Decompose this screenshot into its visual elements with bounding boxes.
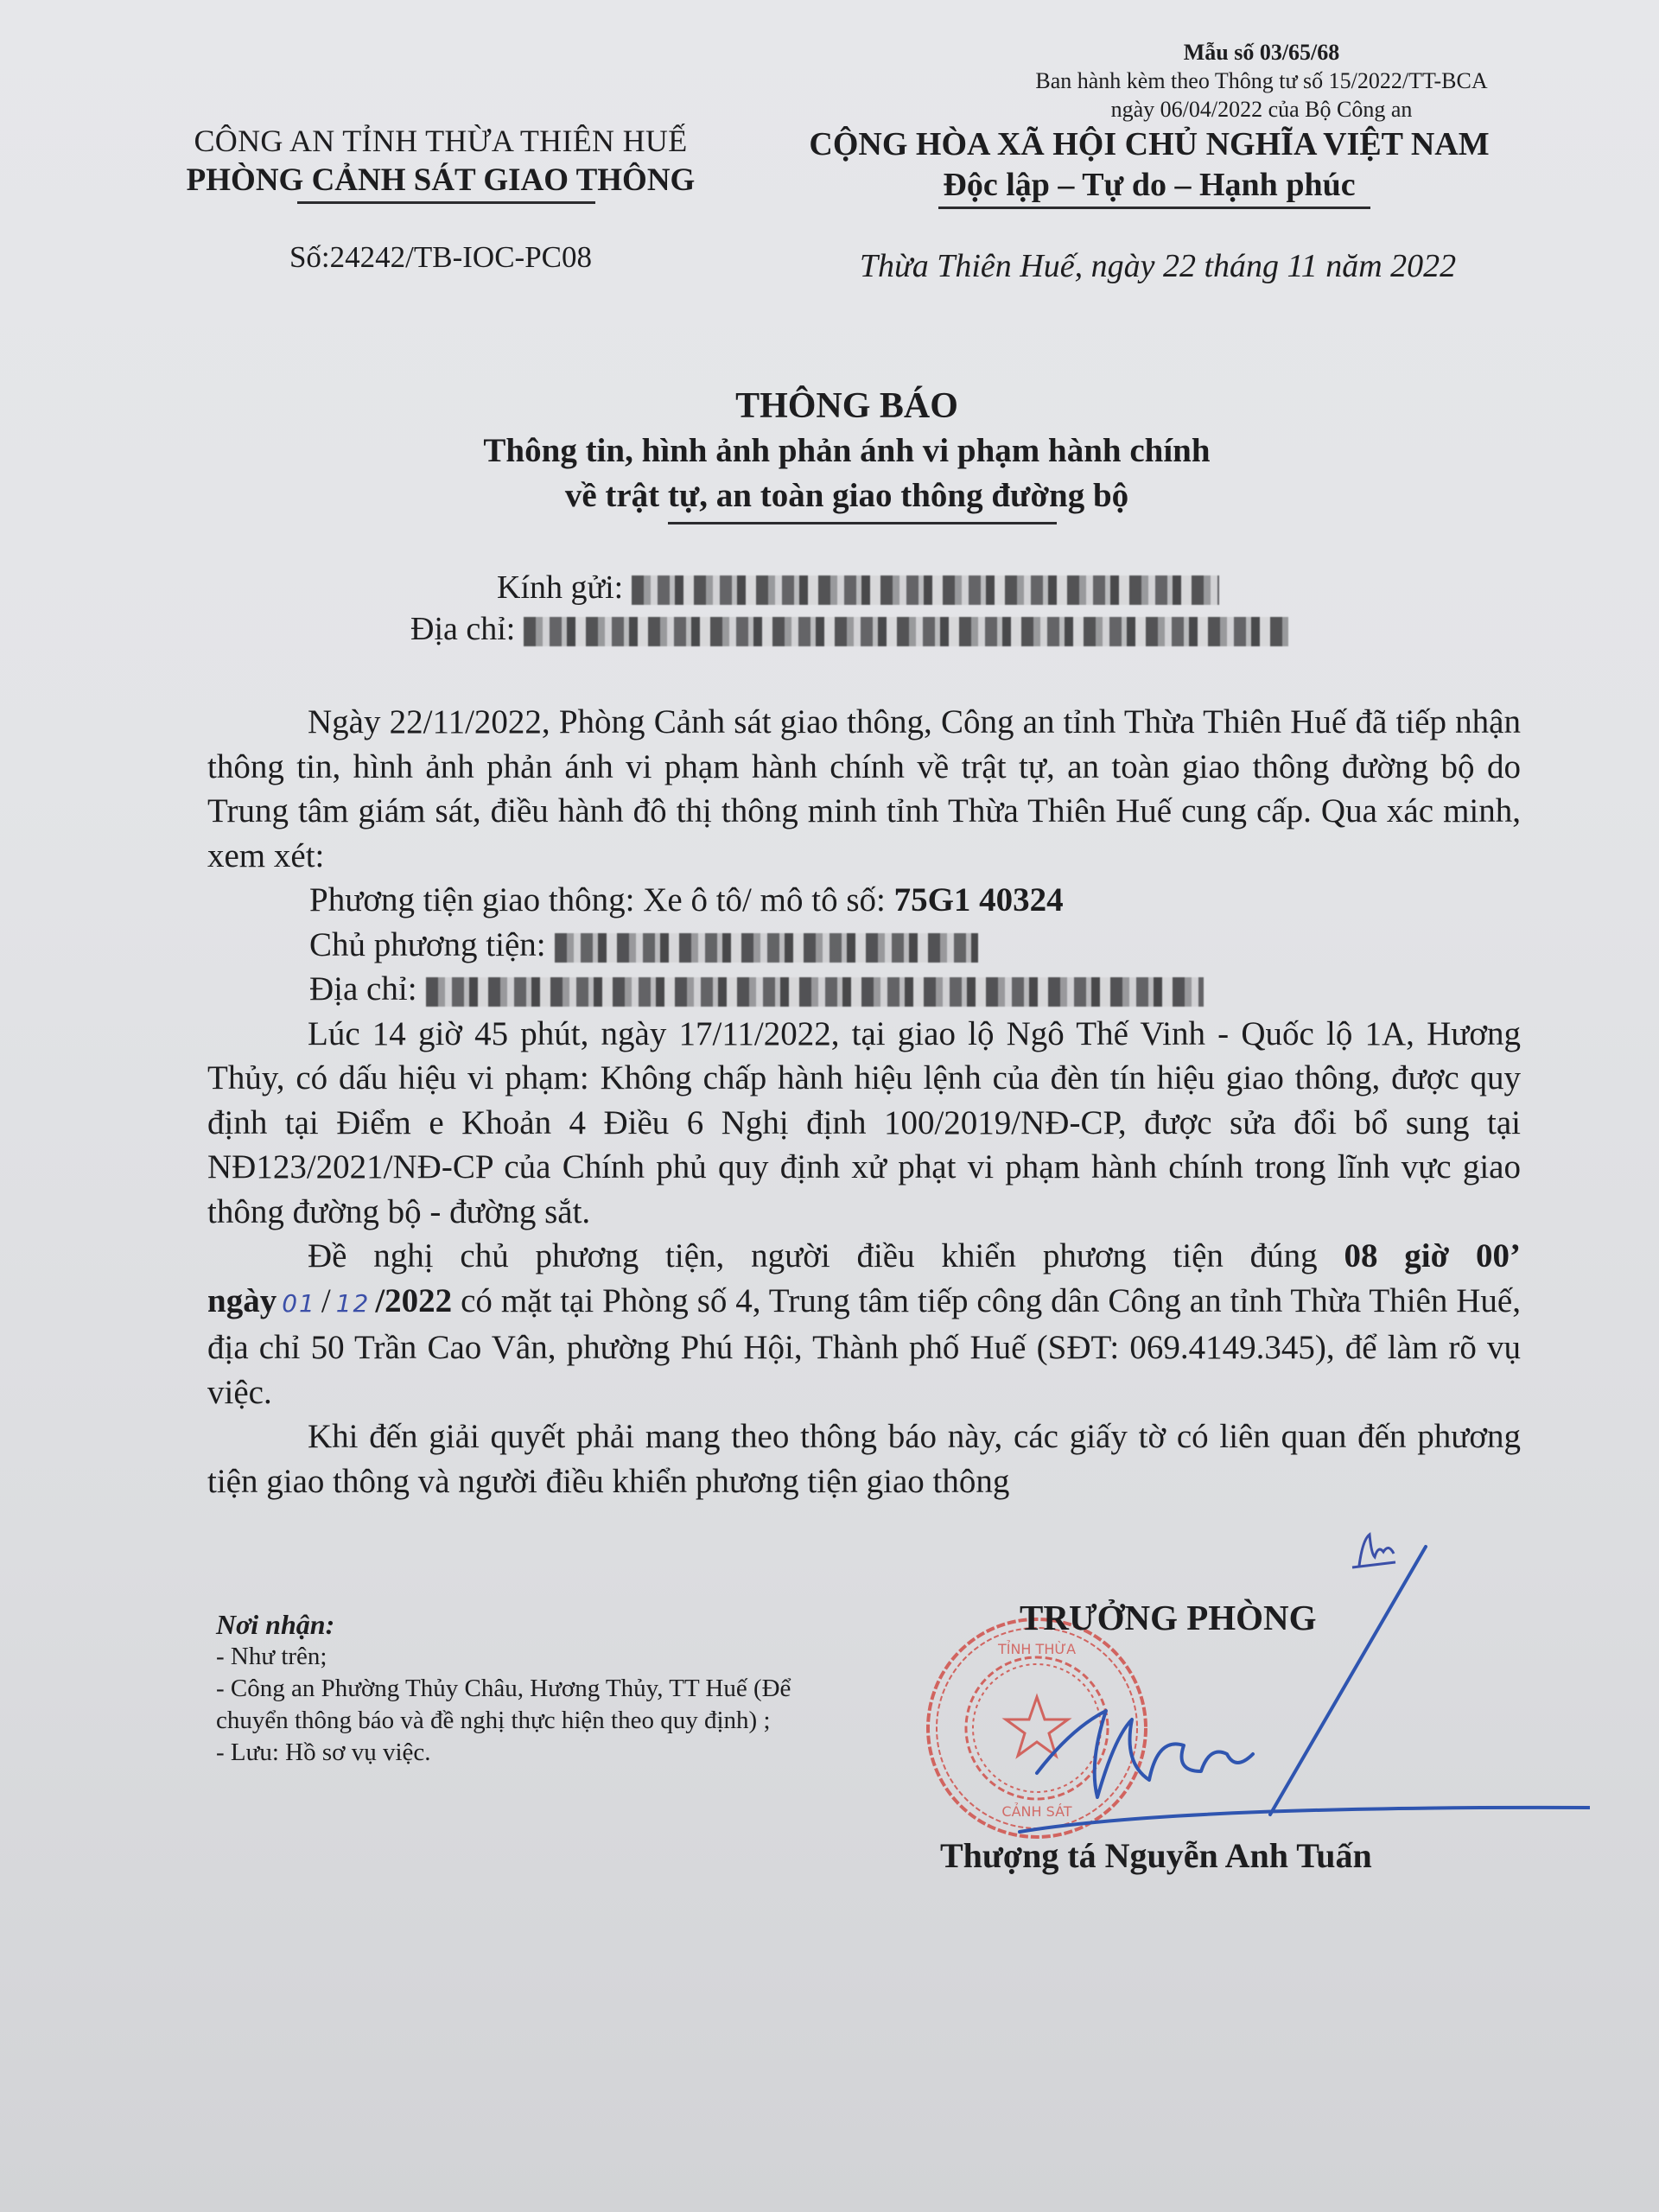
motto-underline — [938, 207, 1370, 209]
owner-address-label: Địa chỉ: — [309, 970, 417, 1007]
form-issued-with: Ban hành kèm theo Thông tư số 15/2022/TT… — [959, 67, 1564, 95]
place-date: Thừa Thiên Huế, ngày 22 tháng 11 năm 202… — [769, 247, 1547, 285]
redacted-owner-name — [555, 933, 978, 963]
agency-header: CÔNG AN TỈNH THỪA THIÊN HUẾ PHÒNG CẢNH S… — [138, 121, 743, 204]
body-intro: Ngày 22/11/2022, Phòng Cảnh sát giao thô… — [207, 700, 1521, 878]
addressee-address-line: Địa chỉ: — [410, 608, 1288, 650]
form-number: Mẫu số 03/65/68 — [959, 38, 1564, 67]
agency-department: PHÒNG CẢNH SÁT GIAO THÔNG — [138, 161, 743, 200]
redacted-owner-address — [426, 977, 1204, 1007]
signatory-name: Thượng tá Nguyễn Anh Tuấn — [940, 1835, 1372, 1876]
addressee-address-label: Địa chỉ: — [410, 611, 515, 647]
request-prefix: Đề nghị chủ phương tiện, người điều khiể… — [308, 1237, 1318, 1274]
recipients-block: Nơi nhận: - Như trên; - Công an Phường T… — [216, 1609, 873, 1769]
vehicle-line: Phương tiện giao thông: Xe ô tô/ mô tô s… — [207, 878, 1521, 923]
owner-line: Chủ phương tiện: — [207, 923, 1521, 968]
recipient-item: - Lưu: Hồ sơ vụ việc. — [216, 1737, 873, 1769]
title-subtitle-1: Thông tin, hình ảnh phản ánh vi phạm hàn… — [346, 429, 1348, 474]
title-subtitle-2: về trật tự, an toàn giao thông đường bộ — [346, 474, 1348, 518]
request-time: 08 giờ 00’ — [1344, 1237, 1521, 1274]
signatory-title: TRƯỞNG PHÒNG — [1020, 1597, 1317, 1638]
document-page: Mẫu số 03/65/68 Ban hành kèm theo Thông … — [0, 0, 1659, 2212]
title-main: THÔNG BÁO — [346, 384, 1348, 429]
form-info: Mẫu số 03/65/68 Ban hành kèm theo Thông … — [959, 38, 1564, 124]
request-paragraph: Đề nghị chủ phương tiện, người điều khiể… — [207, 1234, 1521, 1414]
notice-body: Ngày 22/11/2022, Phòng Cảnh sát giao thô… — [207, 700, 1521, 1503]
agency-parent: CÔNG AN TỈNH THỪA THIÊN HUẾ — [138, 121, 743, 161]
request-day-label: ngày — [207, 1282, 276, 1319]
closing-paragraph: Khi đến giải quyết phải mang theo thông … — [207, 1414, 1521, 1503]
country-name: CỘNG HÒA XÃ HỘI CHỦ NGHĨA VIỆT NAM — [760, 124, 1538, 165]
document-title: THÔNG BÁO Thông tin, hình ảnh phản ánh v… — [346, 384, 1348, 524]
owner-address-line: Địa chỉ: — [207, 967, 1521, 1012]
national-header: CỘNG HÒA XÃ HỘI CHỦ NGHĨA VIỆT NAM Độc l… — [760, 124, 1538, 209]
signature-icon — [1002, 1538, 1590, 1849]
recipient-item: - Công an Phường Thủy Châu, Hương Thủy, … — [216, 1673, 838, 1737]
agency-underline — [297, 201, 595, 204]
vehicle-plate: 75G1 40324 — [894, 881, 1064, 918]
recipients-heading: Nơi nhận: — [216, 1609, 873, 1641]
redacted-addressee-address — [524, 617, 1288, 646]
recipient-item: - Như trên; — [216, 1641, 873, 1673]
national-motto: Độc lập – Tự do – Hạnh phúc — [760, 165, 1538, 205]
redacted-addressee-name — [632, 575, 1219, 605]
owner-label: Chủ phương tiện: — [309, 926, 546, 963]
handwritten-month: 12 — [331, 1289, 376, 1318]
handwritten-day: 01 — [276, 1289, 321, 1318]
request-year: /2022 — [375, 1282, 452, 1319]
title-underline — [668, 522, 1057, 524]
addressee-label: Kính gửi: — [497, 569, 623, 606]
document-number: Số:24242/TB-IOC-PC08 — [138, 240, 743, 275]
violation-paragraph: Lúc 14 giờ 45 phút, ngày 17/11/2022, tại… — [207, 1012, 1521, 1235]
vehicle-label: Phương tiện giao thông: Xe ô tô/ mô tô s… — [309, 881, 886, 918]
addressee-line: Kính gửi: — [497, 567, 1219, 608]
form-issued-date: ngày 06/04/2022 của Bộ Công an — [959, 95, 1564, 124]
